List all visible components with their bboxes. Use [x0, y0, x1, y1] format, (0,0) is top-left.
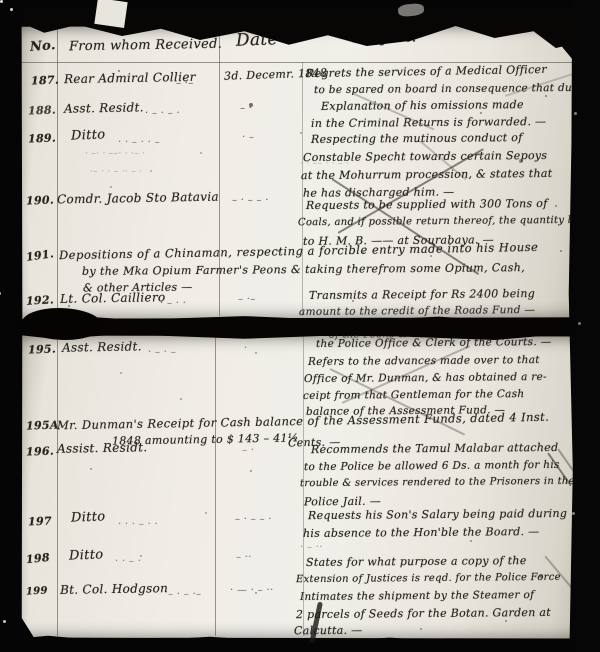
- handwritten-leader-row-189: · · – · · –: [118, 138, 160, 148]
- handwritten-leader-row-199: – · – ·–: [168, 590, 201, 600]
- handwritten-leader-row-187: – ·–: [176, 79, 194, 89]
- handwritten-date-row-196: – ·: [242, 446, 254, 456]
- handwritten-no-row-189: 189.: [28, 133, 56, 145]
- handwritten-no-row-187: 187.: [31, 75, 59, 87]
- handwritten-from-row-199: Bt. Col. Hodgson: [60, 582, 168, 596]
- handwritten-date-row-197: – · – – ·: [235, 515, 272, 525]
- handwritten-subject-row-197: his absence to the Hon'ble the Board. —: [303, 526, 540, 539]
- handwritten-from-row-header: From whom Received.: [69, 38, 222, 54]
- handwritten-no-row-190: 190.: [26, 195, 54, 207]
- handwritten-leader-row-195: · – · –: [148, 348, 176, 358]
- column-rule-no-bottom: [57, 336, 58, 636]
- handwritten-subject-row-195: the Police Office & Clerk of the Courts.…: [316, 337, 552, 350]
- handwritten-no-row-195A: 195A: [26, 419, 59, 431]
- handwritten-from-row-196: Assist. Residt.: [57, 441, 148, 455]
- handwritten-from-row-190: Comdr. Jacob Sto Batavia: [57, 191, 219, 206]
- column-rule-date-bottom: [215, 336, 216, 636]
- handwritten-leader-row-192: · – · ·: [160, 299, 186, 309]
- scanned-register-page: No.From whom Received.DateSubject.187.Re…: [0, 0, 600, 652]
- handwritten-from-row-195: Asst. Residt.: [62, 340, 142, 353]
- handwritten-subject-row-199: Calcutta. —: [294, 625, 363, 637]
- handwritten-date-row-190: – · – – ·: [232, 196, 269, 206]
- margin-speck-layer: [0, 0, 3, 3]
- handwritten-subject-row-190: Requests to be supplied with 300 Tons of: [306, 198, 548, 211]
- handwritten-subject-row-188: Explanation of his omissions made: [321, 99, 524, 112]
- handwritten-leader-row-188: · – · – ·: [145, 109, 180, 119]
- handwritten-subject-row-196: Recommends the Tamul Malabar attached: [311, 442, 558, 455]
- handwritten-bleed-row-bleed: ·– · · – ·· – ·: [90, 168, 142, 177]
- handwritten-subject-row-196: to the Police be allowed 6 Ds. a month f…: [304, 460, 560, 473]
- handwritten-no-row-199: 199: [26, 586, 48, 597]
- handwritten-no-row-188: 188.: [28, 105, 56, 117]
- handwritten-subject-row-197: · – ··: [300, 543, 323, 553]
- handwritten-subject-row-196: Police Jail. —: [304, 496, 381, 508]
- handwritten-subject-row-195: ceipt from that Gentleman for the Cash: [303, 389, 525, 401]
- handwritten-no-row-197: 197: [28, 516, 52, 528]
- handwritten-from-row-198: Ditto: [69, 548, 104, 562]
- handwritten-subject-row-198: States for what purpose a copy of the: [306, 555, 527, 568]
- handwritten-subject-row-189: Respecting the mutinous conduct of: [311, 132, 523, 145]
- handwritten-date-row-199: · — · – ··: [230, 586, 273, 596]
- handwritten-no-row-198: 198: [25, 552, 50, 565]
- handwritten-no-row-195: 195.: [28, 344, 56, 356]
- handwritten-subject-row-199: 2 parcels of Seeds for the Botan. Garden…: [296, 607, 551, 620]
- handwritten-bleed-row-bleed: · · –– · · – ·: [300, 160, 349, 169]
- handwritten-subject-row-199: Intimates the shipment by the Steamer of: [300, 590, 534, 603]
- handwritten-from-row-189: Ditto: [71, 128, 106, 142]
- scan-background: { "colors": { "background": "#050505", "…: [0, 0, 600, 652]
- handwritten-from-row-192: Lt. Col. Cailliero: [60, 291, 166, 305]
- handwritten-subject-row-192: Transmits a Receipt for Rs 2400 being: [309, 288, 535, 301]
- handwritten-subject-row-189: he has discharged him. —: [303, 186, 455, 198]
- handwritten-subject-row-192: amount to the credit of the Roads Fund —: [299, 305, 535, 318]
- handwritten-date-row-195: ·: [244, 344, 247, 354]
- handwritten-no-row-192: 192.: [26, 294, 55, 306]
- handwritten-subject-row-197: Requests his Son's Salary being paid dur…: [308, 508, 567, 521]
- handwritten-leader-row-197: · · · – · ·: [118, 520, 158, 530]
- handwritten-no-row-header: No.: [30, 39, 57, 54]
- handwritten-leader-row-198: · · – ·: [115, 557, 141, 567]
- handwritten-no-row-196: 196.: [26, 446, 54, 458]
- handwritten-date-row-198: – ··: [236, 553, 252, 563]
- handwritten-date-row-192: – ·–: [238, 295, 256, 305]
- handwritten-bleed-row-bleed: · –· · ––· · ·– ·: [85, 150, 145, 159]
- handwritten-from-row-188: Asst. Residt.: [64, 101, 144, 114]
- handwritten-date-row-188: – ·: [240, 104, 252, 114]
- handwritten-from-row-197: Ditto: [71, 510, 106, 524]
- paper-corner-notch: [94, 0, 127, 28]
- handwritten-date-row-189: · –: [242, 133, 254, 143]
